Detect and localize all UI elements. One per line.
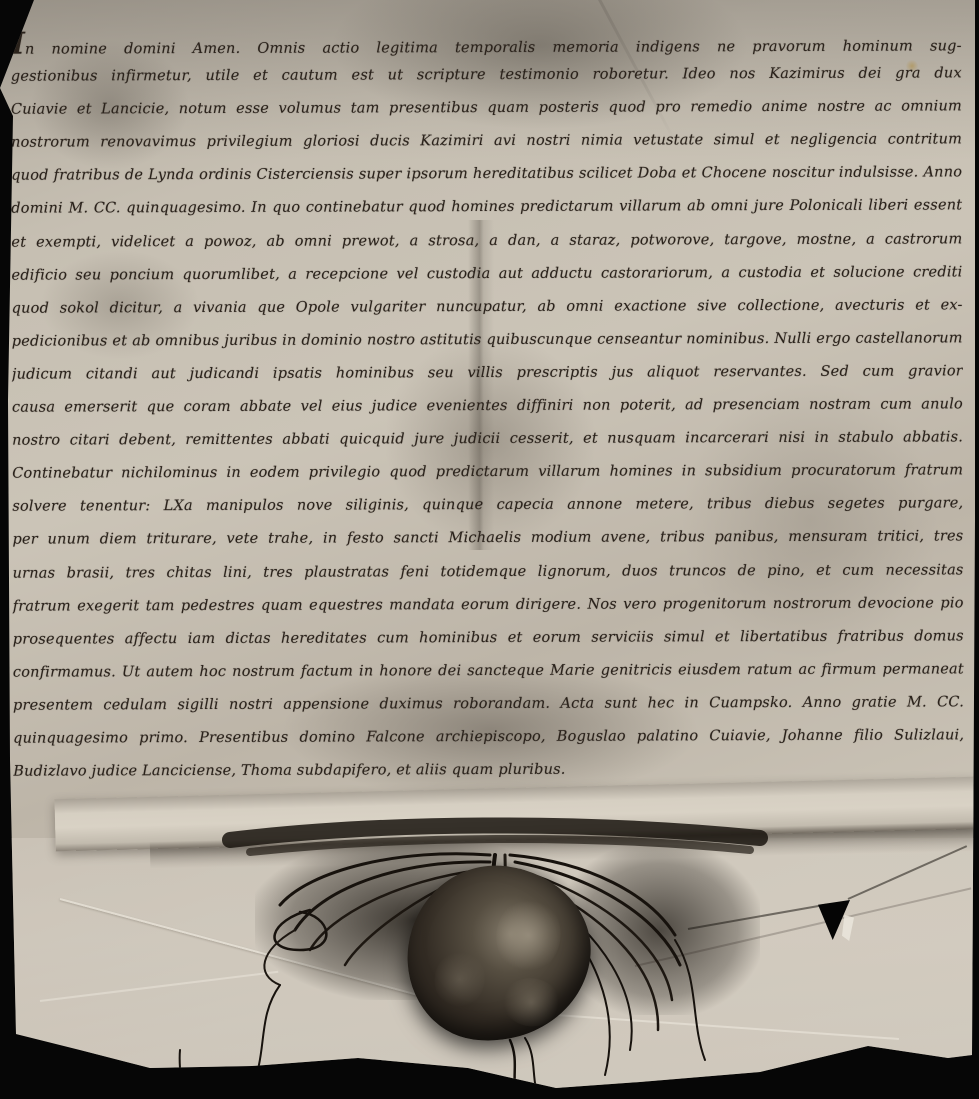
manuscript-line: nostro citari debent, remittentes abbati… [12, 421, 963, 457]
manuscript-line: gestionibus infirmetur, utile et cautum … [11, 57, 962, 93]
manuscript-line: judicum citandi aut judicandi ipsatis ho… [12, 355, 963, 391]
manuscript-line: edificio seu poncium quorumlibet, a rece… [11, 256, 962, 292]
manuscript-line: In nomine domini Amen. Omnis actio legit… [11, 24, 962, 60]
manuscript-line: Continebatur nichilominus in eodem privi… [12, 455, 963, 491]
parchment-sheet: In nomine domini Amen. Omnis actio legit… [0, 0, 979, 1099]
manuscript-line: fratrum exegerit tam pedestres quam eque… [13, 587, 964, 623]
manuscript-line: presentem cedulam sigilli nostri appensi… [13, 686, 964, 722]
charter-photograph: In nomine domini Amen. Omnis actio legit… [0, 0, 979, 1099]
manuscript-line: domini M. CC. quinquagesimo. In quo cont… [11, 190, 962, 226]
manuscript-line: nostrorum renovavimus privilegium glorio… [11, 124, 962, 160]
manuscript-line: per unum diem triturare, vete trahe, in … [12, 521, 963, 557]
manuscript-line: confirmamus. Ut autem hoc nostrum factum… [13, 653, 964, 689]
manuscript-line: quod sokol dicitur, a vivania que Opole … [12, 289, 963, 325]
manuscript-line: Cuiavie et Lancicie, notum esse volumus … [11, 91, 962, 127]
seal-highlight [492, 894, 565, 977]
manuscript-line: quinquagesimo primo. Presentibus domino … [13, 719, 964, 755]
manuscript-text: In nomine domini Amen. Omnis actio legit… [11, 24, 965, 797]
manuscript-line: prosequentes affectu iam dictas heredita… [13, 620, 964, 656]
manuscript-line: pedicionibus et ab omnibus juribus in do… [12, 322, 963, 358]
manuscript-line: quod fratribus de Lynda ordinis Cisterci… [11, 157, 962, 193]
manuscript-line: causa emerserit que coram abbate vel eiu… [12, 388, 963, 424]
manuscript-line: urnas brasii, tres chitas lini, tres pla… [13, 554, 964, 590]
manuscript-line: solvere tenentur: LXa manipulos nove sil… [12, 488, 963, 524]
manuscript-line: et exempti, videlicet a powoz, ab omni p… [11, 223, 962, 259]
seal-highlight [431, 949, 487, 1011]
